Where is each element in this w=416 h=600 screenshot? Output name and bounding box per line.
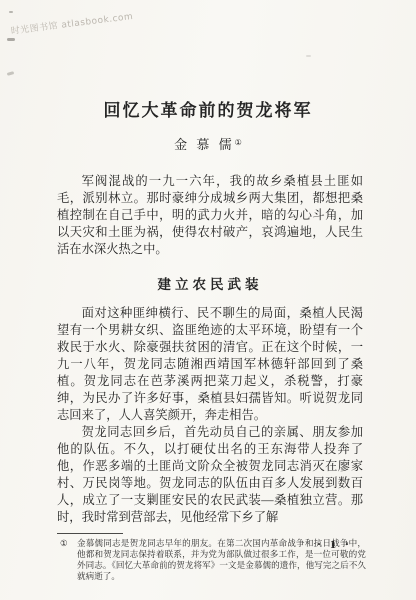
footnote-ref: ① [235, 138, 242, 147]
article-title: 回忆大革命前的贺龙将军 [0, 96, 416, 121]
section-heading: 建立农民武装 [57, 273, 363, 293]
author-byline: 金 慕 儒① [0, 134, 416, 153]
author-name: 金 慕 儒 [174, 137, 235, 152]
scan-artifact [7, 71, 15, 76]
book-page: 时光图书馆 atlasbook.com 回忆大革命前的贺龙将军 金 慕 儒① 军… [0, 0, 416, 600]
footnote-marker: ① [60, 538, 68, 549]
page-number: · 1 · [317, 537, 352, 552]
scan-artifact [306, 55, 311, 57]
footnote-divider [57, 533, 123, 534]
article-body: 军阀混战的一九一六年，我的故乡桑植县土匪如毛，派别林立。那时豪绅分成城乡两大集团… [57, 173, 363, 526]
scan-artifact [9, 11, 13, 13]
watermark: 时光图书馆 atlasbook.com [10, 9, 134, 37]
paragraph: 贺龙同志回乡后，首先动员自己的亲属、朋友参加他的队伍。不久，以打硬仗出名的王东海… [57, 424, 363, 526]
paragraph-intro: 军阀混战的一九一六年，我的故乡桑植县土匪如毛，派别林立。那时豪绅分成城乡两大集团… [57, 173, 363, 258]
scan-artifact [7, 38, 15, 41]
paragraph: 面对这种匪绅横行、民不聊生的局面，桑植人民渴望有一个男耕女织、盗匪绝迹的太平环境… [57, 305, 363, 424]
